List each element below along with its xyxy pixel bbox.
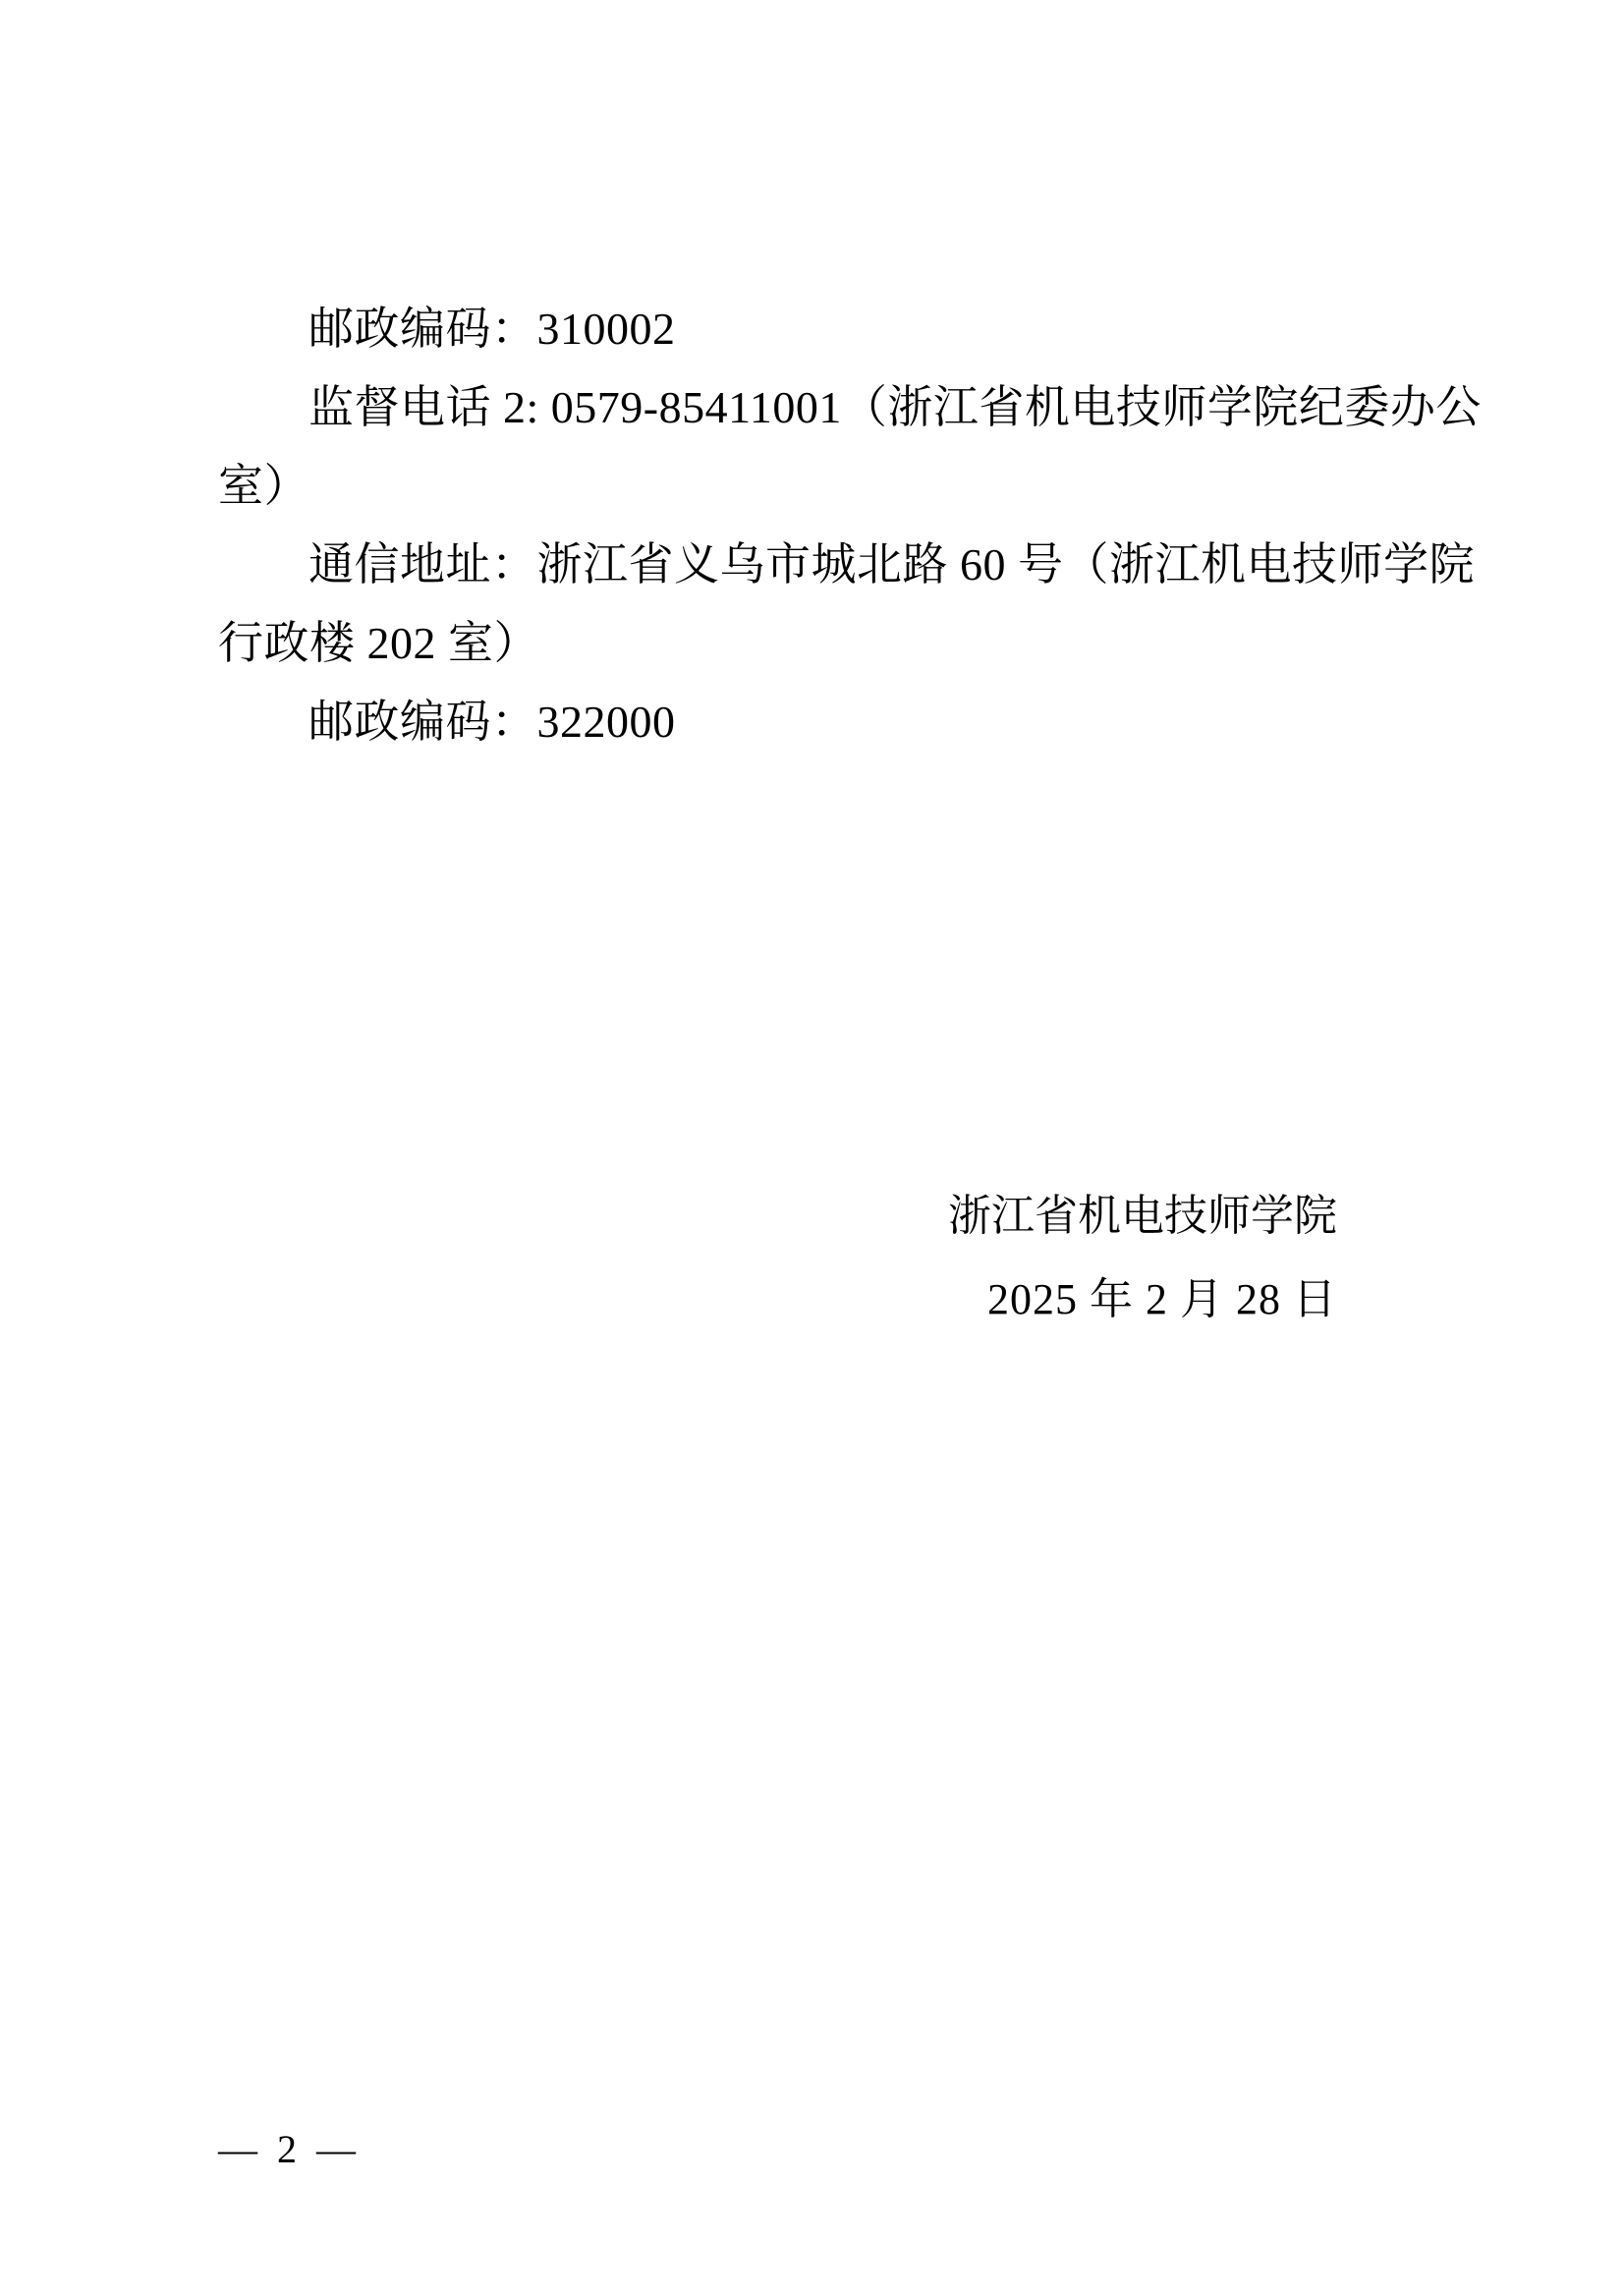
- document-page: 邮政编码：310002 监督电话 2: 0579-85411001（浙江省机电技…: [0, 0, 1624, 2296]
- signature-organization: 浙江省机电技师学院: [948, 1174, 1337, 1258]
- page-number: — 2 —: [218, 2127, 356, 2172]
- signature-date: 2025 年 2 月 28 日: [948, 1258, 1337, 1341]
- mailing-address-continuation-line: 行政楼 202 室）: [218, 604, 1456, 683]
- contact-info-block: 邮政编码：310002 监督电话 2: 0579-85411001（浙江省机电技…: [218, 290, 1456, 761]
- signature-block: 浙江省机电技师学院 2025 年 2 月 28 日: [948, 1174, 1337, 1341]
- supervision-phone-2-line: 监督电话 2: 0579-85411001（浙江省机电技师学院纪委办公: [218, 368, 1456, 447]
- mailing-address-line: 通信地址：浙江省义乌市城北路 60 号（浙江机电技师学院: [218, 526, 1456, 604]
- postal-code-hangzhou-line: 邮政编码：310002: [218, 290, 1456, 368]
- supervision-phone-2-continuation-line: 室）: [218, 447, 1456, 526]
- postal-code-yiwu-line: 邮政编码：322000: [218, 683, 1456, 761]
